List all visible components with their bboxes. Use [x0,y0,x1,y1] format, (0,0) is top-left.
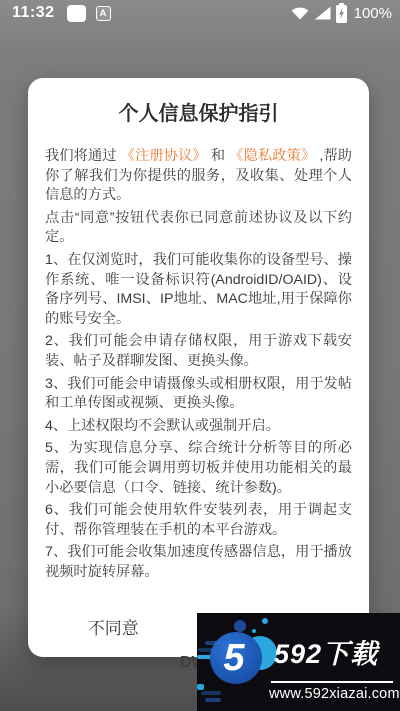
dialog-body: 我们将通过 《注册协议》 和 《隐私政策》 ,帮助你了解我们为你提供的服务，及收… [45,147,352,582]
logo-speed-line [201,691,221,695]
phone-screen: 11:32 A 100% 个人信息保护指引 我们将通过 《注册协议》 和 《隐私… [0,0,400,711]
status-icons: 100% [291,3,392,23]
battery-charging-icon [336,3,347,23]
privacy-dialog: 个人信息保护指引 我们将通过 《注册协议》 和 《隐私政策》 ,帮助你了解我们为… [28,78,369,657]
watermark-divider [271,681,393,683]
keyboard-badge-icon: A [96,6,111,21]
logo-blue-circle: 5 [210,632,262,684]
logo-dot [234,620,246,632]
clause-2: 2、我们可能会申请存储权限，用于游戏下载安装、帖子及群聊发图、更换头像。 [45,332,352,371]
clock: 11:32 [12,4,55,22]
clause-3: 3、我们可能会申请摄像头或相册权限，用于发帖和工单传图或视频、更换头像。 [45,375,352,414]
wifi-icon [291,6,309,20]
logo-speed-line [197,684,204,690]
disagree-button[interactable]: 不同意 [28,617,199,641]
logo-digit: 5 [223,639,244,677]
battery-percent: 100% [354,5,392,22]
register-agreement-link[interactable]: 《注册协议》 [121,148,207,164]
logo-speed-line [205,698,221,702]
clause-7: 7、我们可能会收集加速度传感器信息，用于播放视频时旋转屏幕。 [45,543,352,582]
clause-4: 4、上述权限均不会默认或强制开启。 [45,417,352,437]
status-bar: 11:32 A 100% [0,0,400,26]
logo-dot [262,618,268,624]
intro-paragraph: 我们将通过 《注册协议》 和 《隐私政策》 ,帮助你了解我们为你提供的服务，及收… [45,147,352,206]
clause-1: 1、在仅浏览时，我们可能收集你的设备型号、操作系统、唯一设备标识符(Androi… [45,251,352,329]
cellular-signal-icon [314,6,331,20]
intro-prefix: 我们将通过 [45,148,121,164]
site-watermark: 5 592下载 www.592xiazai.com [197,613,400,711]
privacy-policy-link[interactable]: 《隐私政策》 [229,148,315,164]
consent-note: 点击“同意”按钮代表你已同意前述协议及以下约定。 [45,209,352,248]
watermark-brand: 592下载 [274,640,378,670]
watermark-logo-icon: 5 [197,613,275,711]
clause-5: 5、为实现信息分享、综合统计分析等目的所必需，我们可能会调用剪切板并使用功能相关… [45,439,352,498]
intro-and: 和 [207,148,230,164]
dialog-title: 个人信息保护指引 [45,102,352,126]
logo-dot [252,629,256,633]
watermark-url: www.592xiazai.com [269,686,400,702]
clause-6: 6、我们可能会使用软件安装列表，用于调起支付、帮你管理装在手机的本平台游戏。 [45,501,352,540]
notification-square-icon [67,5,86,22]
